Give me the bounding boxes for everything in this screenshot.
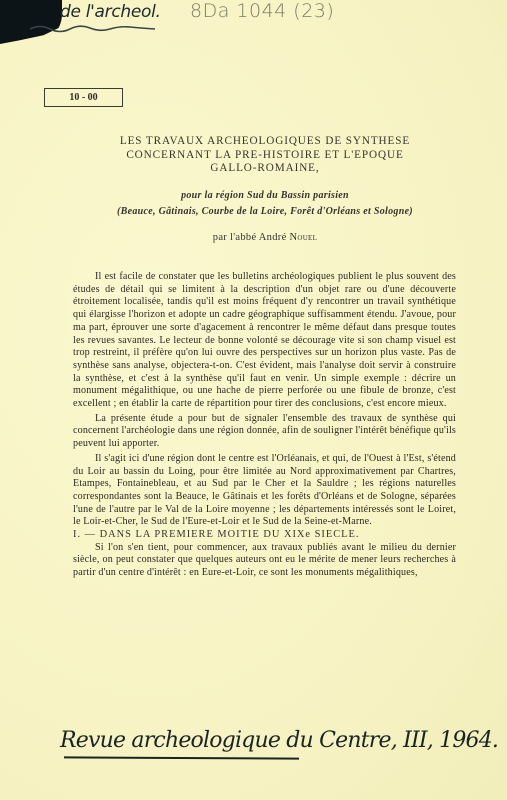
wavy-underline-icon bbox=[30, 23, 160, 33]
article-subtitle: pour la région Sud du Bassin parisien (B… bbox=[40, 188, 490, 220]
article-body: Il est facile de constater que les bulle… bbox=[73, 271, 456, 580]
title-line: CONCERNANT LA PRE-HISTOIRE ET L'EPOQUE bbox=[40, 149, 490, 163]
handwritten-citation-text: Revue archeologique du Centre, III, 1964… bbox=[60, 728, 498, 753]
scanned-page: de l'archeol. 8Da 1044 (23) 10 - 00 LES … bbox=[0, 0, 507, 800]
paragraph: La présente étude a pour but de signaler… bbox=[73, 413, 456, 451]
citation-underline bbox=[64, 756, 299, 759]
author-surname: Nouel bbox=[289, 232, 317, 243]
article-title: LES TRAVAUX ARCHEOLOGIQUES DE SYNTHESE C… bbox=[40, 135, 490, 176]
ink-blot bbox=[0, 0, 62, 44]
paragraph: Il est facile de constater que les bulle… bbox=[73, 271, 456, 411]
subtitle-line: (Beauce, Gâtinais, Courbe de la Loire, F… bbox=[40, 204, 490, 220]
title-line: GALLO-ROMAINE, bbox=[40, 162, 490, 176]
document-code-box: 10 - 00 bbox=[44, 88, 123, 107]
title-line: LES TRAVAUX ARCHEOLOGIQUES DE SYNTHESE bbox=[40, 135, 490, 149]
handwritten-citation: Revue archeologique du Centre, III, 1964… bbox=[60, 728, 498, 753]
handwritten-note-text: de l'archeol. bbox=[60, 2, 161, 22]
handwritten-note-top: de l'archeol. bbox=[60, 2, 161, 22]
section-heading: I. — DANS LA PREMIERE MOITIE DU XIXe SIE… bbox=[73, 529, 456, 542]
pencil-reference: 8Da 1044 (23) bbox=[190, 0, 334, 22]
author-prefix: par l'abbé André bbox=[213, 232, 287, 243]
paragraph: Si l'on s'en tient, pour commencer, aux … bbox=[73, 542, 456, 580]
subtitle-line: pour la région Sud du Bassin parisien bbox=[40, 188, 490, 204]
paragraph: Il s'agit ici d'une région dont le centr… bbox=[73, 453, 456, 529]
author-byline: par l'abbé André Nouel bbox=[40, 232, 490, 243]
